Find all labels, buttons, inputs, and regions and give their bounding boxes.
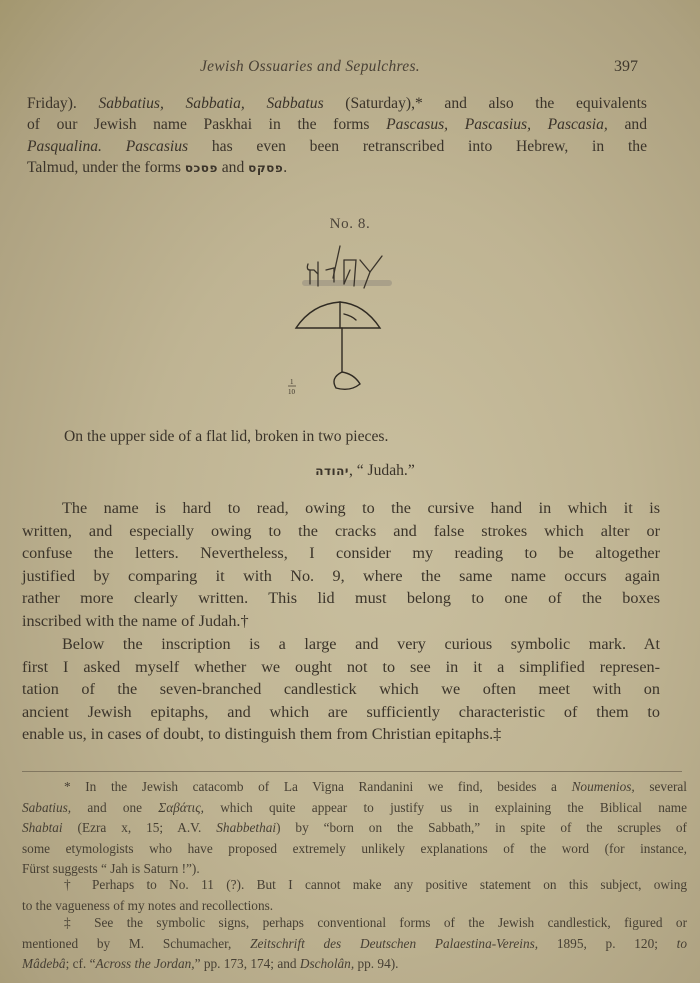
footnote-rule	[22, 771, 682, 772]
footnote-double-dagger: ‡ See the symbolic signs, perhaps conven…	[22, 913, 687, 975]
text-line: Mâdebâ; cf. “Across the Jordan,” pp. 173…	[22, 954, 687, 975]
text-line: The name is hard to read, owing to the c…	[22, 497, 660, 520]
figure-inscription: 1 10	[260, 240, 420, 420]
text-line: first I asked myself whether we ought no…	[22, 656, 660, 679]
figure-caption: On the upper side of a flat lid, broken …	[64, 428, 388, 446]
footnote-asterisk: * In the Jewish catacomb of La Vigna Ran…	[22, 777, 687, 880]
text-line: Below the inscription is a large and ver…	[22, 633, 660, 656]
text-line: Sabatius, and one Σαβάτις, which quite a…	[22, 798, 687, 819]
figure-label: No. 8.	[0, 216, 700, 233]
paragraph-1: Friday). Sabbatius, Sabbatia, Sabbatus (…	[27, 93, 647, 179]
text-line: tation of the seven-branched candlestick…	[22, 678, 660, 701]
text-line: rather more clearly written. This lid mu…	[22, 587, 660, 610]
svg-text:1: 1	[290, 378, 294, 386]
text-line: enable us, in cases of doubt, to disting…	[22, 723, 660, 746]
paragraph-3: Below the inscription is a large and ver…	[22, 633, 660, 746]
text-line: some etymologists who have proposed extr…	[22, 839, 687, 860]
text-line: Friday). Sabbatius, Sabbatia, Sabbatus (…	[27, 93, 647, 114]
inscription-reading: יהודה, “ Judah.”	[0, 462, 700, 480]
running-title: Jewish Ossuaries and Sepulchres.	[200, 58, 420, 76]
page-number: 397	[614, 58, 638, 76]
text-line: Talmud, under the forms פסכס and פסקס.	[27, 157, 647, 179]
text-line: ‡ See the symbolic signs, perhaps conven…	[22, 913, 687, 934]
text-line: ancient Jewish epitaphs, and which are s…	[22, 701, 660, 724]
reading-hebrew: יהודה	[315, 464, 349, 478]
scale-fraction: 10	[288, 388, 296, 396]
text-line: mentioned by M. Schumacher, Zeitschrift …	[22, 934, 687, 955]
text-line: Pasqualina. Pascasius has even been retr…	[27, 136, 647, 157]
paragraph-2: The name is hard to read, owing to the c…	[22, 497, 660, 632]
symbolic-mark-drawing: 1 10	[260, 240, 420, 420]
text-line: justified by comparing it with No. 9, wh…	[22, 565, 660, 588]
hebrew-word: פסכס	[185, 161, 218, 175]
text-line: † Perhaps to No. 11 (?). But I cannot ma…	[22, 875, 687, 896]
footnote-dagger: † Perhaps to No. 11 (?). But I cannot ma…	[22, 875, 687, 916]
text-line: Shabtai (Ezra x, 15; A.V. Shabbethai) by…	[22, 818, 687, 839]
text-line: * In the Jewish catacomb of La Vigna Ran…	[22, 777, 687, 798]
reading-translation: , “ Judah.”	[349, 462, 415, 479]
text-line: of our Jewish name Paskhai in the forms …	[27, 114, 647, 135]
text-line: inscribed with the name of Judah.†	[22, 610, 660, 633]
hebrew-word: פסקס	[248, 161, 283, 175]
text-line: confuse the letters. Nevertheless, I con…	[22, 542, 660, 565]
book-page: Jewish Ossuaries and Sepulchres. 397 Fri…	[0, 0, 700, 983]
text-line: written, and especially owing to the cra…	[22, 520, 660, 543]
running-head: Jewish Ossuaries and Sepulchres. 397	[0, 58, 700, 80]
